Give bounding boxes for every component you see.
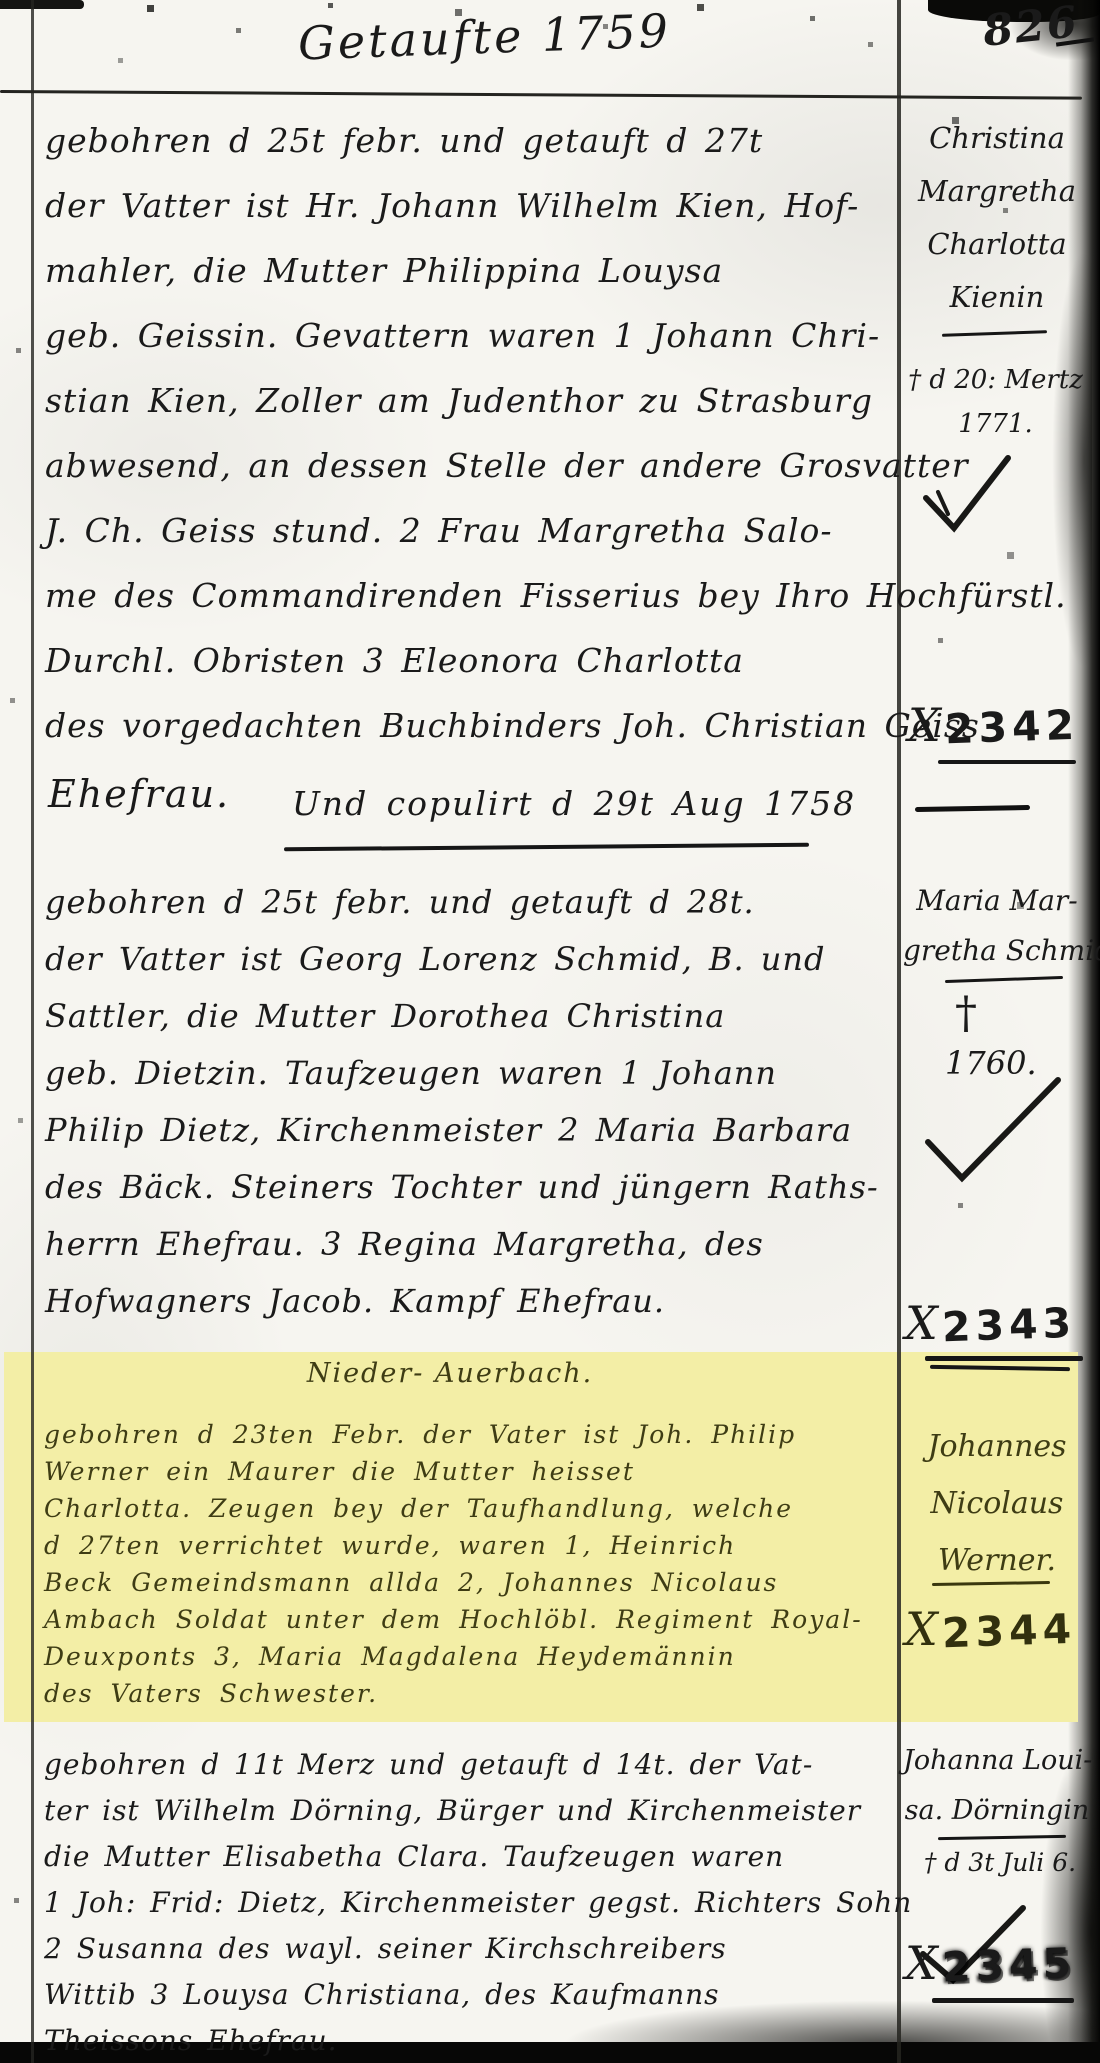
death-cross-icon: † [955,988,977,1039]
marriage-note-underline [284,843,809,852]
text-line: die Mutter Elisabetha Clara. Taufzeugen … [44,1834,894,1880]
record-number-row: X2342 [908,698,1079,752]
margin-name-line: Johanna Loui- [903,1736,1091,1786]
death-year: 1771. [908,402,1083,446]
entry-closing-word: Ehefrau. [48,772,230,816]
register-entry-2344: gebohren d 23ten Febr. der Vater ist Joh… [44,1416,894,1712]
record-number-row: X2344 [905,1602,1076,1656]
page-number: 826 [981,0,1081,57]
left-margin-rule [31,0,34,2063]
record-number-underline [925,1356,1083,1361]
death-cross-note: † d 3t Juli 6. [905,1848,1095,1877]
text-line: der Vatter ist Hr. Johann Wilhelm Kien, … [45,173,895,238]
margin-name-line: gretha Schmidin [903,926,1091,976]
page-title: Getaufte 1759 [297,4,672,71]
margin-name-underline [942,330,1047,337]
record-number: 2345 [941,1939,1077,1992]
text-line: abwesend, an dessen Stelle der andere Gr… [45,433,895,498]
text-line: Theissons Ehefrau. [44,2018,894,2063]
text-line: gebohren d 23ten Febr. der Vater ist Joh… [44,1416,894,1453]
margin-name-line: Johannes [903,1418,1091,1475]
death-date: † d 20: Mertz [908,358,1083,402]
text-line: ter ist Wilhelm Dörning, Bürger und Kirc… [44,1788,894,1834]
place-header: Nieder- Auerbach. [0,1358,900,1389]
register-page-scan: Getaufte 1759 826 gebohren d 25t febr. u… [0,0,1100,2063]
text-line: Beck Gemeindsmann allda 2, Johannes Nico… [44,1564,894,1601]
text-line: J. Ch. Geiss stund. 2 Frau Margretha Sal… [45,498,895,563]
text-line: Wittib 3 Louysa Christiana, des Kaufmann… [44,1972,894,2018]
text-line: des Vaters Schwester. [44,1675,894,1712]
text-line: Werner ein Maurer die Mutter heisset [44,1453,894,1490]
margin-name-line: Nicolaus [903,1475,1091,1532]
margin-name-line: Christina [903,112,1091,165]
x-mark: X [905,1296,938,1350]
margin-child-name: Johanna Loui- sa. Dörningin [903,1736,1091,1836]
text-line: 2 Susanna des wayl. seiner Kirchschreibe… [44,1926,894,1972]
register-entry-2345: gebohren d 11t Merz und getauft d 14t. d… [44,1742,894,2063]
text-line: gebohren d 25t febr. und getauft d 28t. [45,874,895,931]
margin-child-name: Christina Margretha Charlotta Kienin [903,112,1091,324]
margin-name-line: sa. Dörningin [903,1786,1091,1836]
text-line: Hofwagners Jacob. Kampf Ehefrau. [45,1273,895,1330]
register-entry-2342: gebohren d 25t febr. und getauft d 27t d… [45,108,895,758]
text-line: d 27ten verrichtet wurde, waren 1, Heinr… [44,1527,894,1564]
record-number-row: X2345 [905,1936,1076,1990]
x-mark: X [908,698,941,752]
checkmark-icon [918,1072,1068,1187]
column-divider-rule [897,0,901,2063]
text-line: gebohren d 11t Merz und getauft d 14t. d… [44,1742,894,1788]
text-line: Ambach Soldat unter dem Hochlöbl. Regime… [44,1601,894,1638]
text-line: des vorgedachten Buchbinders Joh. Christ… [45,693,895,758]
margin-name-line: Kienin [903,271,1091,324]
text-line: des Bäck. Steiners Tochter und jüngern R… [45,1159,895,1216]
checkmark-icon [918,452,1013,537]
record-number: 2342 [944,701,1080,754]
text-line: Deuxponts 3, Maria Magdalena Heydemännin [44,1638,894,1675]
record-number-row: X2343 [905,1296,1076,1350]
x-mark: X [905,1936,938,1990]
margin-name-line: Charlotta [903,218,1091,271]
x-mark: X [905,1602,938,1656]
text-line: 1 Joh: Frid: Dietz, Kirchenmeister gegst… [44,1880,894,1926]
register-entry-2343: gebohren d 25t febr. und getauft d 28t. … [45,874,895,1330]
margin-name-underline [945,976,1063,983]
text-line: geb. Dietzin. Taufzeugen waren 1 Johann [45,1045,895,1102]
record-number: 2343 [941,1299,1077,1352]
text-line: der Vatter ist Georg Lorenz Schmid, B. u… [45,931,895,988]
text-line: Durchl. Obristen 3 Eleonora Charlotta [45,628,895,693]
death-cross-note: † d 20: Mertz 1771. [908,358,1083,446]
text-line: me des Commandirenden Fisserius bey Ihro… [45,563,895,628]
text-line: Philip Dietz, Kirchenmeister 2 Maria Bar… [45,1102,895,1159]
margin-child-name: Johannes Nicolaus Werner. [903,1418,1091,1589]
text-line: mahler, die Mutter Philippina Louysa [45,238,895,303]
record-number: 2344 [941,1605,1077,1658]
margin-name-line: Margretha [903,165,1091,218]
text-line: Charlotta. Zeugen bey der Taufhandlung, … [44,1490,894,1527]
text-line: herrn Ehefrau. 3 Regina Margretha, des [45,1216,895,1273]
text-line: Sattler, die Mutter Dorothea Christina [45,988,895,1045]
record-number-underline [932,1998,1074,2003]
marriage-note: Und copulirt d 29t Aug 1758 [292,784,856,823]
header-rule [0,90,1082,100]
text-line: geb. Geissin. Gevattern waren 1 Johann C… [45,303,895,368]
margin-stroke-mark [915,805,1030,812]
record-number-underline [938,760,1076,764]
margin-name-line: Maria Mar- [903,876,1091,926]
margin-name-line: Werner. [903,1532,1091,1589]
text-line: gebohren d 25t febr. und getauft d 27t [45,108,895,173]
margin-child-name: Maria Mar- gretha Schmidin [903,876,1091,976]
text-line: stian Kien, Zoller am Judenthor zu Stras… [45,368,895,433]
scan-edge-mark [0,0,84,9]
